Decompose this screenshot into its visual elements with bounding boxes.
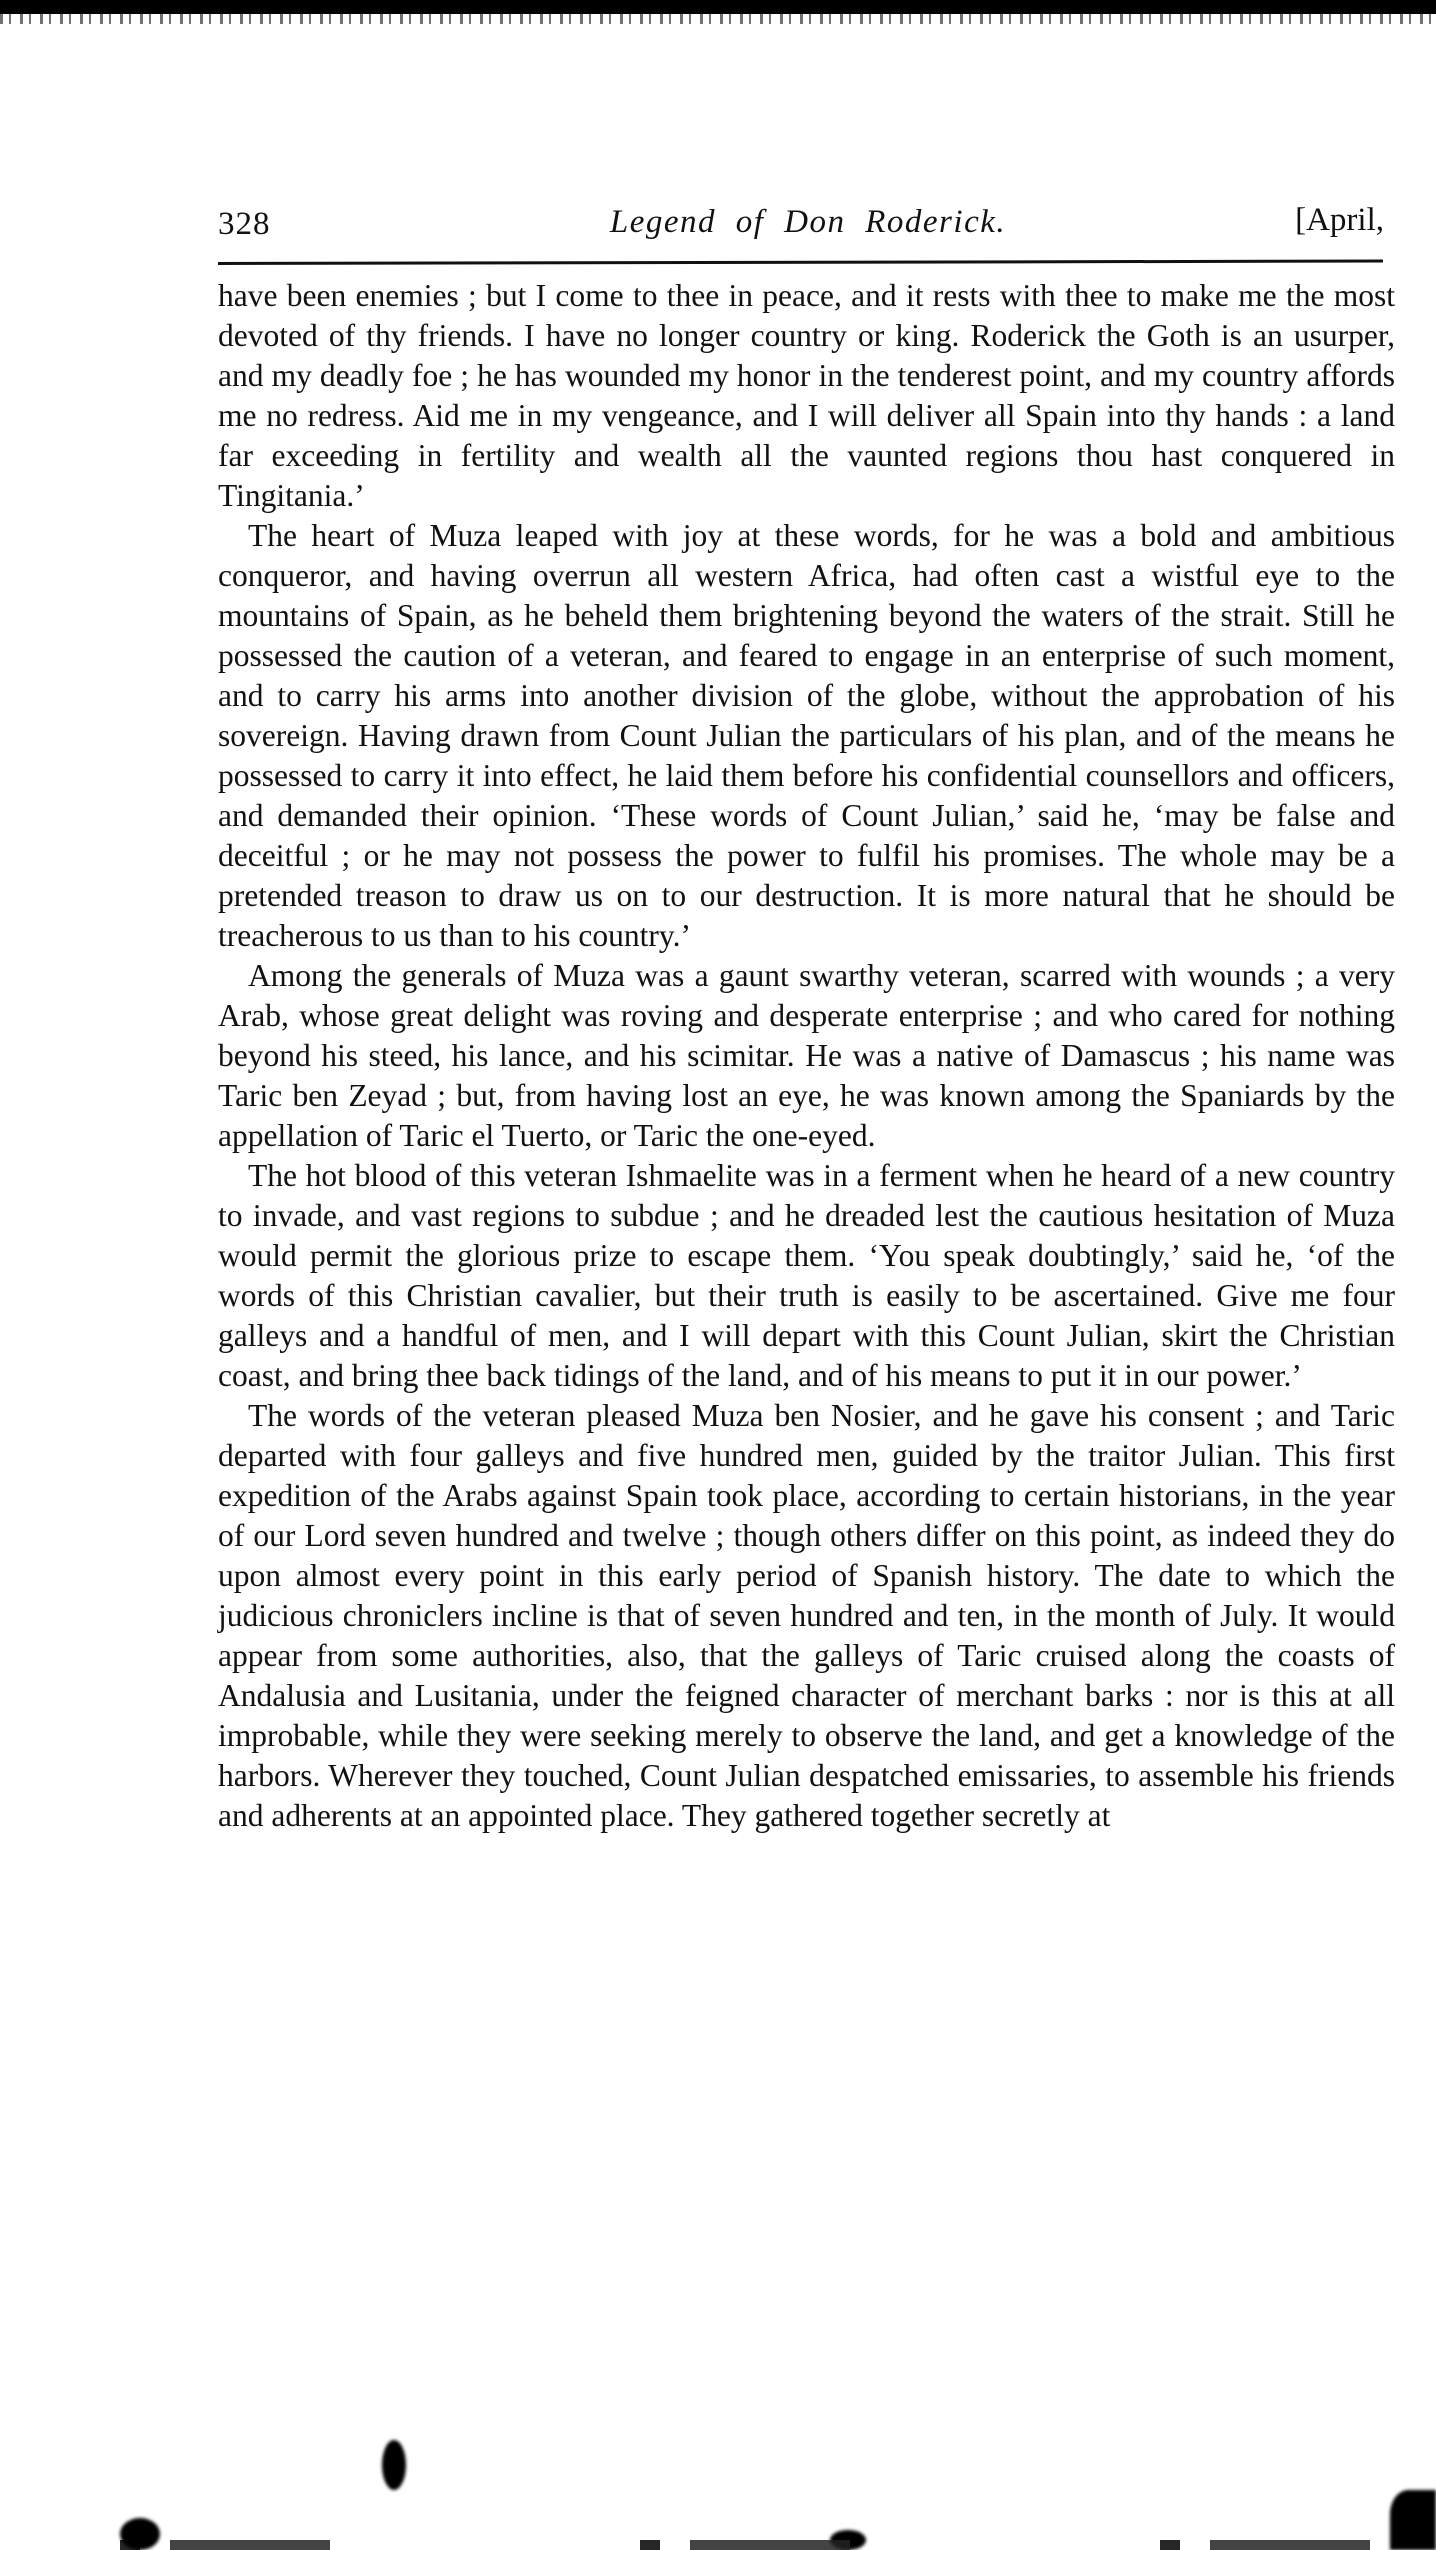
running-title: Legend of Don Roderick. <box>218 204 1398 241</box>
running-date: [April, <box>1295 202 1384 239</box>
running-head: 328 Legend of Don Roderick. [April, <box>218 200 1398 252</box>
body-text: have been enemies ; but I come to thee i… <box>218 276 1395 1836</box>
paragraph: The words of the veteran pleased Muza be… <box>218 1396 1395 1836</box>
scan-edge-bottom <box>0 2540 1436 2550</box>
scan-edge-top <box>0 0 1436 14</box>
header-rule <box>218 260 1383 265</box>
paragraph: Among the generals of Muza was a gaunt s… <box>218 956 1395 1156</box>
paragraph: The hot blood of this veteran Ishmaelite… <box>218 1156 1395 1396</box>
paragraph: The heart of Muza leaped with joy at the… <box>218 516 1395 956</box>
ink-smudge <box>382 2440 406 2490</box>
paragraph: have been enemies ; but I come to thee i… <box>218 276 1395 516</box>
